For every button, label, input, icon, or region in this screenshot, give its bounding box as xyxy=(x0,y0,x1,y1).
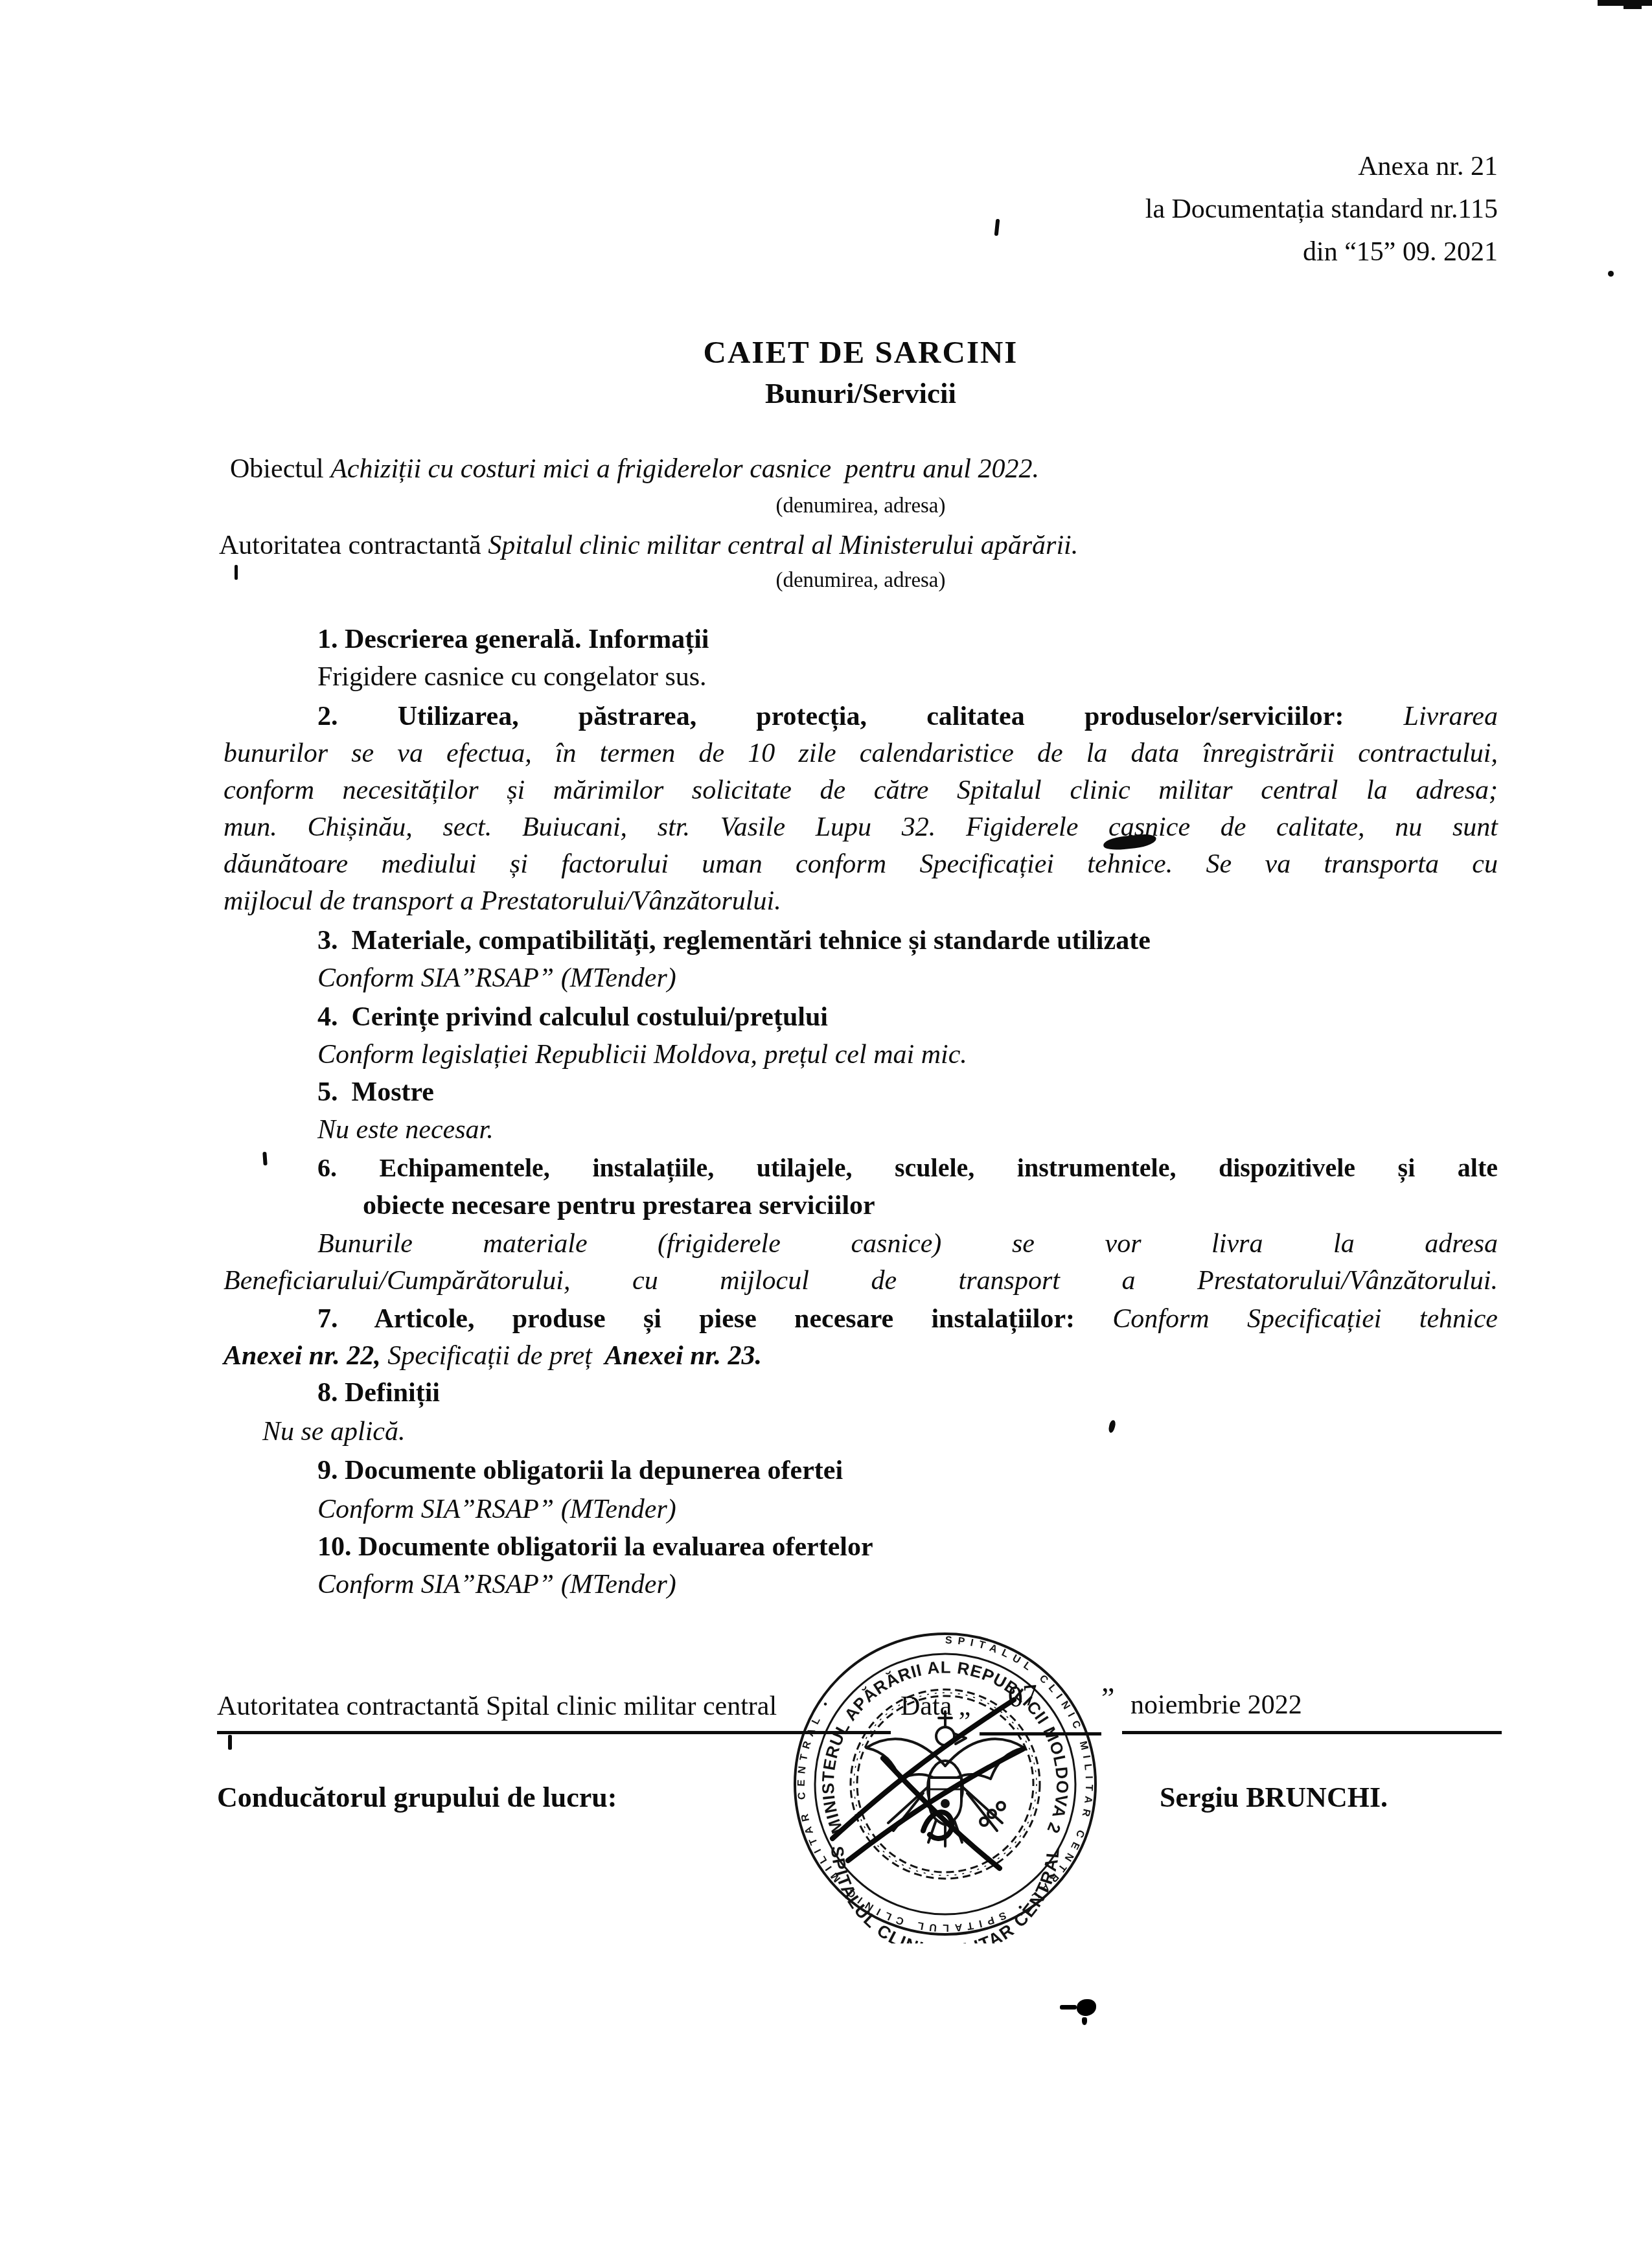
section-2-line-3: conform necesităților și mărimilor solic… xyxy=(224,775,1498,806)
authority-label: Autoritatea contractantă xyxy=(219,531,488,560)
section-6-body-line-2: Beneficiarului/Cumpărătorului, cu mijloc… xyxy=(224,1265,1498,1296)
section-4-body: Conform legislației Republicii Moldova, … xyxy=(317,1039,967,1070)
ink-blot-word: casnice xyxy=(1108,812,1190,842)
name-address-hint: (denumirea, adresa) xyxy=(224,494,1498,519)
section-7-line-2: Anexei nr. 22, Specificații de preț Anex… xyxy=(224,1340,762,1371)
section-10-body: Conform SIA”RSAP” (MTender) xyxy=(317,1569,676,1600)
document-title: CAIET DE SARCINI xyxy=(224,334,1498,371)
underline-rule xyxy=(217,1731,891,1734)
section-7-line-1: 7. Articole, produse și piese necesare i… xyxy=(317,1303,1498,1334)
footer-authority-line: Autoritatea contractantă Spital clinic m… xyxy=(217,1691,777,1722)
scanned-document-page: Anexa nr. 21 la Documentația standard nr… xyxy=(0,0,1652,2268)
official-round-stamp: SPITALUL CLINIC MILITAR CENTRAL • SPITAL… xyxy=(786,1625,1105,1943)
section-5-heading: 5. Mostre xyxy=(317,1077,434,1108)
section-8-body: Nu se aplică. xyxy=(262,1416,405,1447)
document-subtitle: Bunuri/Servicii xyxy=(224,377,1498,411)
object-label: Obiectul xyxy=(230,454,330,484)
underline-rule xyxy=(980,1732,1101,1735)
standard-doc-line: la Documentația standard nr.115 xyxy=(777,194,1498,225)
section-2-line-4b: de calitate, nu sunt xyxy=(1190,812,1498,842)
section-9-heading: 9. Documente obligatorii la depunerea of… xyxy=(317,1455,843,1486)
object-line: Obiectul Achiziții cu costuri mici a fri… xyxy=(230,453,1504,485)
scan-mark-artifact xyxy=(1108,1419,1117,1434)
scan-streak-artifact xyxy=(1623,6,1642,9)
authority-value: Spitalul clinic militar central al Minis… xyxy=(488,531,1078,560)
section-7-annex-23: Anexei nr. 23. xyxy=(599,1341,762,1371)
section-1-body: Frigidere casnice cu congelator sus. xyxy=(317,661,707,693)
scan-mark-artifact xyxy=(228,1735,232,1750)
section-2-heading: 2. Utilizarea, păstrarea, protecția, cal… xyxy=(317,702,1344,731)
section-2-line-2: bunurilor se va efectua, în termen de 10… xyxy=(224,738,1498,769)
section-9-body: Conform SIA”RSAP” (MTender) xyxy=(317,1494,676,1525)
section-6-heading-line-1: 6. Echipamentele, instalațiile, utilajel… xyxy=(317,1153,1498,1183)
section-7-heading: 7. Articole, produse și piese necesare i… xyxy=(317,1304,1075,1334)
date-month-year: noiembrie 2022 xyxy=(1130,1690,1302,1721)
section-5-body: Nu este necesar. xyxy=(317,1114,494,1145)
scan-streak-artifact xyxy=(1598,0,1652,6)
scan-mark-artifact xyxy=(235,565,238,580)
ink-blob-dash xyxy=(1060,2005,1077,2010)
date-closing-quote: ” xyxy=(1101,1682,1114,1716)
underline-rule xyxy=(1122,1731,1502,1734)
signatory-name: Sergiu BRUNCHI. xyxy=(1160,1781,1388,1815)
section-7-annex-22: Anexei nr. 22, xyxy=(224,1341,381,1371)
scan-mark-artifact xyxy=(262,1152,267,1165)
ink-blob-core xyxy=(1077,1999,1096,2016)
section-2-lead-tail: Livrarea xyxy=(1404,702,1498,731)
section-6-body-line-1: Bunurile materiale (frigiderele casnice)… xyxy=(317,1228,1498,1259)
scan-mark-artifact xyxy=(1608,271,1614,277)
section-8-heading: 8. Definiții xyxy=(317,1377,440,1408)
section-7-price-spec: Specificații de preț xyxy=(381,1341,599,1371)
section-3-heading: 3. Materiale, compatibilități, reglement… xyxy=(317,925,1151,956)
object-value: Achiziții cu costuri mici a frigiderelor… xyxy=(330,454,1039,484)
name-address-hint: (denumirea, adresa) xyxy=(224,569,1498,593)
annex-number-line: Anexa nr. 21 xyxy=(777,151,1498,182)
section-7-heading-tail: Conform Specificației tehnice xyxy=(1112,1304,1498,1334)
section-3-body: Conform SIA”RSAP” (MTender) xyxy=(317,963,676,994)
date-label: Data „ xyxy=(901,1691,970,1722)
section-2-line-4: mun. Chișinău, sect. Buiucani, str. Vasi… xyxy=(224,812,1498,843)
section-1-heading: 1. Descrierea generală. Informații xyxy=(317,624,709,655)
ink-blob-drip xyxy=(1082,2017,1087,2025)
date-day-value: 07 xyxy=(1007,1678,1039,1715)
section-2-line-6: mijlocul de transport a Prestatorului/Vâ… xyxy=(224,886,781,917)
scan-mark-artifact xyxy=(994,219,1000,236)
authority-line: Autoritatea contractantă Spitalul clinic… xyxy=(219,530,1493,561)
section-2-line-4a: mun. Chișinău, sect. Buiucani, str. Vasi… xyxy=(224,812,1078,842)
section-10-heading: 10. Documente obligatorii la evaluarea o… xyxy=(317,1531,873,1563)
section-6-heading-line-2: obiecte necesare pentru prestarea servic… xyxy=(363,1190,875,1221)
section-2-line-5: dăunătoare mediului și factorului uman c… xyxy=(224,849,1498,880)
ink-blob-artifact xyxy=(1070,1999,1094,2017)
section-2-line-1: 2. Utilizarea, păstrarea, protecția, cal… xyxy=(317,701,1498,732)
working-group-leader-label: Conducătorul grupului de lucru: xyxy=(217,1781,617,1815)
date-line: din “15” 09. 2021 xyxy=(777,236,1498,268)
section-4-heading: 4. Cerințe privind calculul costului/pre… xyxy=(317,1002,828,1033)
